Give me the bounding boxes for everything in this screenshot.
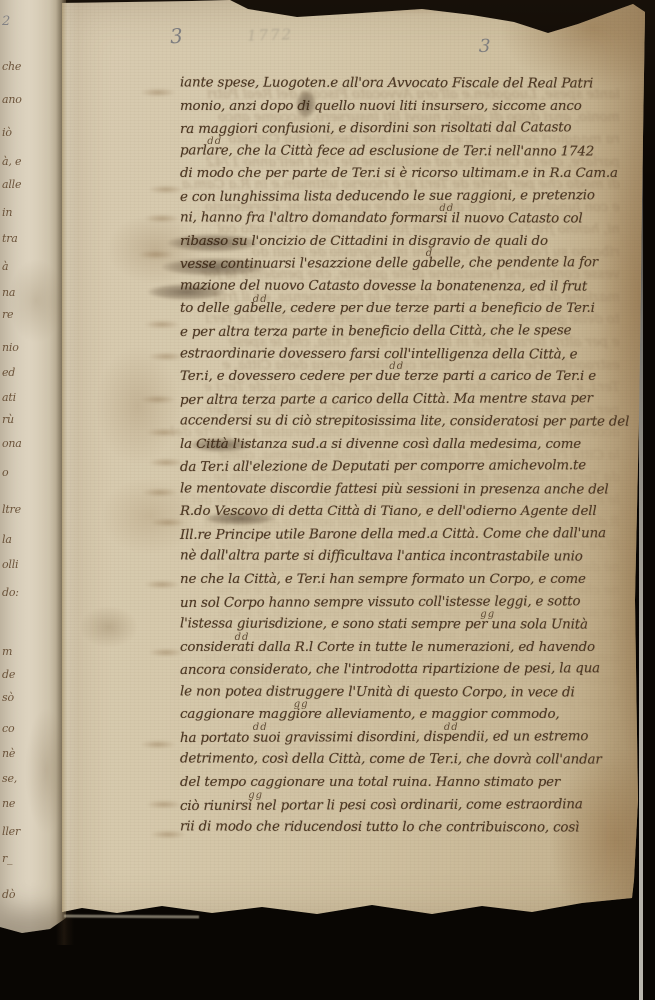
facing-page-text-fragment: ati: [2, 391, 28, 404]
facing-page-text-fragment: ller: [2, 825, 28, 838]
facing-page-text-fragment: à, e: [2, 155, 28, 168]
bleed-smear: [148, 458, 184, 467]
facing-page-text-fragment: ed: [2, 366, 28, 379]
interlinear-correction-mark: dd: [444, 722, 459, 733]
ink-smudge: [190, 438, 252, 452]
interlinear-correction-mark: d: [426, 248, 433, 259]
bleed-smear: [144, 214, 180, 223]
bleed-smear: [146, 428, 182, 437]
bleed-smear: [144, 580, 180, 589]
facing-page-text-fragment: ne: [2, 797, 28, 810]
facing-page-text-fragment: de: [2, 668, 28, 681]
bleed-smear: [148, 352, 184, 361]
interlinear-correction-mark: dd: [253, 294, 268, 305]
bleed-smear: [140, 395, 176, 404]
manuscript-photo: 2 cheanoiòà, ealleintraànarenioedatirùon…: [0, 0, 655, 1000]
interlinear-correction-mark: dd: [207, 136, 222, 147]
interlinear-correction-mark: gg: [294, 699, 309, 710]
facing-page-text-fragment: o: [2, 466, 28, 479]
facing-page-text-fragment: co: [2, 722, 28, 735]
interlinear-correction-mark: dd: [235, 632, 250, 643]
facing-page-text-fragment: in: [2, 206, 28, 219]
facing-page-text-fragment: re: [2, 308, 28, 321]
facing-page-text-fragment: à: [2, 260, 28, 273]
bleed-smear: [148, 185, 184, 194]
facing-page-text-fragment: m: [2, 645, 28, 658]
interlinear-correction-mark: dd: [253, 722, 268, 733]
facing-page-text-fragment: r_: [2, 852, 28, 865]
page-bottom-edge-highlight: [64, 915, 199, 919]
interlinear-marks-layer: dddddddddggddggddddgg: [180, 76, 635, 856]
interlinear-correction-mark: dd: [439, 203, 454, 214]
facing-page-text-fragment: nio: [2, 341, 28, 354]
facing-page-text-fragment: nè: [2, 747, 28, 760]
bleed-smear: [140, 88, 176, 97]
facing-page-text-fragment: tra: [2, 232, 28, 245]
bleed-smear: [144, 320, 180, 329]
bleed-smear: [142, 488, 178, 497]
interlinear-correction-mark: dd: [389, 361, 404, 372]
facing-page-text-fragment: olli: [2, 558, 28, 571]
ink-smudge: [162, 258, 267, 276]
facing-page-text-fragment: rù: [2, 413, 28, 426]
bleed-smear: [138, 250, 174, 259]
facing-page-text-fragment: sò: [2, 691, 28, 704]
facing-page-text-fragment: che: [2, 60, 28, 73]
ink-smudge: [296, 90, 316, 118]
folio-number-pencil-left: 3: [169, 24, 183, 49]
ink-smudge: [148, 284, 226, 300]
faint-pencil-scribble: 1772: [247, 25, 294, 45]
facing-page-text-fragment: na: [2, 286, 28, 299]
bleed-smear: [148, 648, 184, 657]
bleed-smear: [150, 830, 186, 839]
folio-number-pencil-right: 3: [479, 36, 491, 57]
facing-page-text-fragment: do:: [2, 586, 28, 599]
bleed-smear: [140, 740, 176, 749]
facing-page-text-fragment: dò: [2, 888, 28, 901]
facing-page-corner-pencil-mark: 2: [2, 14, 28, 29]
ink-smudge: [205, 512, 275, 525]
facing-page-text-fragment: ano: [2, 93, 28, 106]
facing-page-text-fragment: ona: [2, 437, 28, 450]
facing-page-text-fragment: se,: [2, 772, 28, 785]
facing-page-text-fragment: ltre: [2, 503, 28, 516]
facing-page-text-fragment: iò: [2, 126, 28, 139]
bleed-smear: [146, 800, 182, 809]
facing-page-text-fragment: la: [2, 533, 28, 546]
ink-smudge: [168, 234, 260, 252]
interlinear-correction-mark: gg: [480, 609, 495, 620]
facing-page-text-fragment: alle: [2, 178, 28, 191]
interlinear-correction-mark: gg: [248, 790, 263, 801]
bleed-smear: [150, 518, 186, 527]
